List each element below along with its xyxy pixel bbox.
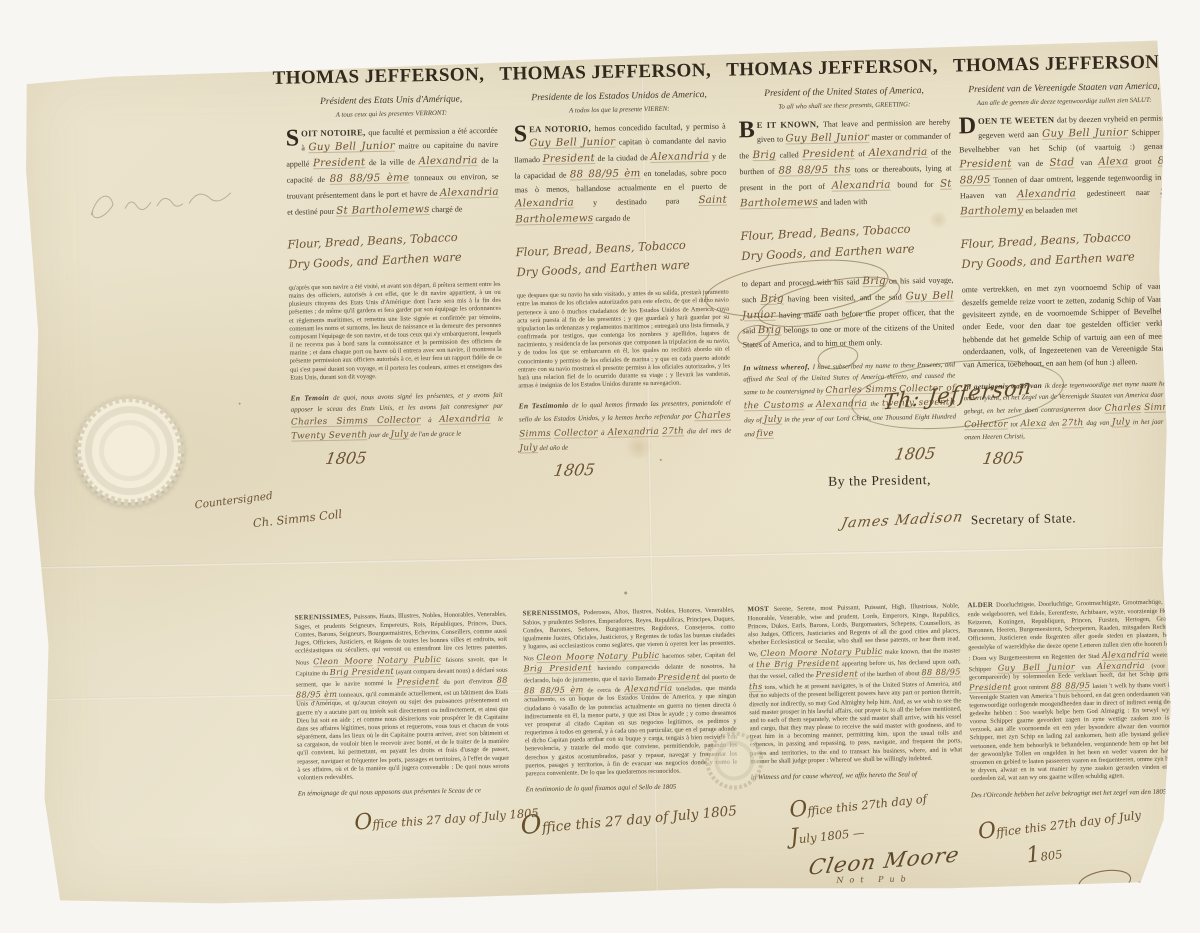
spiral-flourish-icon [1042, 861, 1163, 915]
fold-crease [28, 545, 1174, 569]
column-subtitle: Presidente de los Estados Unidos de Amer… [513, 90, 725, 104]
masthead-title-dutch: THOMAS JEFFERSON, [953, 52, 1165, 78]
printed-text: cargado de [593, 214, 630, 224]
manuscript-fill: Guy Bell Junior [785, 131, 869, 145]
printed-text: van [1074, 157, 1098, 166]
manuscript-fill: Cleon Moore Notary Public [760, 645, 882, 657]
manuscript-fill: Alexandria [440, 186, 499, 199]
manuscript-fill: President [543, 152, 596, 165]
witness-clause: En Testimonio de lo qual hemos firmado l… [519, 397, 732, 455]
opening-paragraph: DOEN TE WEETEN dat by deezen vryheid en … [958, 111, 1172, 220]
manuscript-fill: Alexandria [608, 426, 659, 437]
printed-text: MOST [747, 606, 773, 613]
testimony-clause: In Witness and for cause whereof, we aff… [751, 770, 963, 781]
manuscript-fill: July [764, 415, 782, 425]
us-embossed-seal-icon [70, 392, 188, 510]
printed-text: van [1075, 664, 1097, 671]
witness-clause: En Temoin de quoi, nous avons signé les … [290, 389, 503, 444]
printed-text: OIT NOTOIRE, [301, 127, 368, 138]
manuscript-fill: St Bartholemews [336, 203, 430, 217]
ink-speck [624, 592, 627, 595]
manuscript-fill: President [658, 671, 701, 682]
photograph-background: THOMAS JEFFERSON, THOMAS JEFFERSON, THOM… [0, 0, 1200, 933]
manuscript-fill: Alexandria [1017, 188, 1076, 201]
drop-cap: S [286, 128, 300, 148]
drop-cap: B [739, 120, 755, 140]
manuscript-fill: Alexandria [1102, 649, 1150, 660]
manuscript-fill: Charles Simms Collector [291, 415, 421, 427]
printed-text: tonneaux, qu'il commande actuellement, e… [296, 689, 509, 782]
printed-text: En Testimonio [519, 401, 572, 411]
printed-text: chargé de [430, 204, 463, 214]
manuscript-fill: Notary Public [597, 650, 659, 661]
conditions-paragraph: omte vertrekken, en met zyn voornoemd Sc… [962, 281, 1176, 372]
manuscript-fill: July [519, 443, 537, 453]
testimony-clause: En témoignage de qui nous apposons aux p… [298, 787, 510, 798]
printed-text: gedestineert naar [1076, 188, 1160, 199]
manuscript-fill: Alexandria [624, 683, 672, 694]
ink-speck [446, 61, 449, 64]
address-paragraph: MOST Serene, Serene, most Puissant, Puis… [747, 602, 962, 766]
manuscript-fill: 27th [662, 426, 684, 436]
collector-countersignature: Ch. Simms Coll [252, 507, 343, 530]
column-subtitle: President van de Vereenigde Staaten van … [958, 81, 1170, 95]
printed-text: at [804, 402, 816, 409]
printed-text: ALDER [967, 602, 996, 610]
manuscript-fill: Guy Bell Junior [1042, 127, 1128, 141]
printed-text: de cerca de [584, 687, 625, 695]
manuscript-fill: Cleon Moore [313, 655, 373, 666]
manuscript-fill: President [397, 676, 440, 687]
printed-text: tot [1008, 421, 1021, 428]
notary-embossed-seal-icon [703, 729, 766, 792]
printed-text: del puerto de [700, 673, 736, 681]
manuscript-fill: Guy Bell Junior [308, 140, 395, 154]
printed-text: dag van [1084, 420, 1112, 428]
ink-speck [239, 403, 241, 405]
printed-text: de la ville de [365, 158, 418, 168]
printed-text: EA NOTORIO, [529, 123, 595, 134]
column-subtitle: President of the United States of Americ… [738, 86, 950, 100]
manuscript-fill: Alexandria [1097, 660, 1145, 671]
printed-text: à [421, 417, 440, 424]
drop-cap: D [959, 116, 977, 136]
manuscript-fill: Alexandria [439, 414, 490, 425]
manuscript-fill: Brig President [523, 662, 591, 673]
printed-text: de l'an de grace le [409, 431, 462, 439]
column-french-bottom: SERENISSIMES, Puissans, Hauts, Illustres… [294, 598, 510, 833]
printed-text: jour de [367, 432, 390, 439]
manuscript-fill: 27th [1062, 418, 1084, 428]
printed-text: tons, which he at present navigates, is … [749, 681, 962, 766]
printed-text: hemos concedido facultad, y permiso à [595, 122, 726, 133]
ship-papers-document: THOMAS JEFFERSON, THOMAS JEFFERSON, THOM… [18, 40, 1179, 909]
manuscript-fill: Twenty Seventh [291, 430, 367, 441]
printed-text: of [855, 149, 869, 158]
column-salutation: To all who shall see these presents, GRE… [738, 101, 950, 112]
printed-text: SERENISSIMOS, [522, 609, 583, 617]
manuscript-fill: five [756, 429, 774, 439]
opening-paragraph: BE IT KNOWN, That leave and permission a… [739, 115, 953, 212]
manuscript-fill: Charles [1105, 403, 1142, 414]
manuscript-fill: July [1112, 417, 1130, 427]
cargo-manuscript: Flour, Bread, Beans, Tobacco Dry Goods, … [287, 226, 501, 274]
madison-signature: James Madison [840, 509, 965, 532]
printed-text: called [776, 150, 802, 159]
manuscript-fill: Guy Bell Junior [998, 661, 1075, 672]
printed-text: groot [1128, 156, 1157, 166]
printed-text: SERENISSIMES, [295, 614, 354, 622]
manuscript-fill: President [313, 156, 366, 169]
printed-text: groot omtrent [1011, 684, 1051, 692]
manuscript-year: 1805 [981, 446, 1178, 469]
manuscript-fill: Cleon Moore [536, 651, 594, 662]
masthead-title-spanish: THOMAS JEFFERSON, [499, 60, 711, 86]
pen-flourish-icon [686, 243, 958, 378]
printed-text: of the burthen of about [858, 670, 921, 678]
printed-text: En Temoin [290, 393, 333, 403]
manuscript-year: 1805 [552, 457, 733, 479]
pencil-inscription-icon [81, 178, 252, 229]
manuscript-fill: Alexa [1098, 155, 1128, 168]
manuscript-fill: the Brig President [756, 657, 839, 669]
manuscript-fill: Brig [752, 149, 776, 161]
printed-text: OEN TE WEETEN [978, 115, 1057, 126]
address-paragraph: ALDER Doorluchtigste, Doorluchtige, Groo… [967, 598, 1182, 783]
printed-text: le [490, 416, 503, 423]
manuscript-fill: President [959, 157, 1012, 170]
printed-text: lasten 't welk hy thans voert in de Vere… [969, 682, 1182, 783]
printed-text: E IT KNOWN, [757, 119, 823, 130]
printed-text: day of [744, 417, 764, 424]
printed-text: y destinado para [574, 196, 699, 207]
document-content: THOMAS JEFFERSON, THOMAS JEFFERSON, THOM… [18, 40, 1179, 909]
manuscript-fill: President [816, 668, 859, 679]
masthead-title-english: THOMAS JEFFERSON, [726, 56, 938, 82]
by-the-president-line: By the President, [828, 472, 931, 490]
column-salutation: A tous ceux qui les presentes VERRONT: [285, 109, 497, 120]
printed-text: den [1047, 421, 1062, 428]
manuscript-fill: 88 88/95 ème [330, 172, 410, 185]
manuscript-fill: President [802, 148, 855, 161]
countersigned-note: Countersigned [194, 490, 273, 512]
address-paragraph: SERENISSIMES, Puissans, Hauts, Illustres… [295, 611, 510, 783]
office-date-note: Office this 27 day of July 1805 [519, 792, 739, 841]
manuscript-year: 1805 [893, 444, 958, 464]
manuscript-fill: Collector [554, 428, 598, 439]
printed-text: du port d'environ [439, 678, 497, 686]
secretary-of-state-line: Secretary of State. [971, 510, 1076, 528]
opening-paragraph: SEA NOTORIO, hemos concedido facultad, y… [514, 120, 728, 229]
manuscript-fill: 88 88/95 [1051, 680, 1091, 691]
manuscript-fill: Alexandria [515, 197, 574, 210]
column-subtitle: Président des Etats Unis d'Amérique, [285, 94, 497, 108]
printed-text: bound for [891, 180, 940, 190]
manuscript-year: 1805 [324, 446, 505, 468]
printed-text: del año de [538, 444, 569, 452]
printed-text: dia del mes de [684, 427, 731, 435]
manuscript-fill: July [390, 430, 408, 440]
printed-text: hacemos saber, Capitan del [659, 651, 735, 659]
office-date-note: Office this 27 day of July 1805 [354, 800, 511, 836]
manuscript-fill: Guy Bell Junior [529, 136, 615, 150]
manuscript-fill: Stad [1049, 156, 1074, 168]
manuscript-fill: Alexandria [419, 154, 478, 167]
conditions-paragraph: qu'après que son navire a été visité, et… [288, 281, 502, 383]
manuscript-fill: Alexandria [650, 150, 709, 163]
manuscript-fill: 88 88/95 èm [570, 167, 641, 180]
drop-cap: S [514, 124, 528, 144]
manuscript-fill: Alexa [1020, 419, 1046, 429]
masthead-title-french: THOMAS JEFFERSON, [273, 64, 485, 90]
printed-text: de la ciudad de [595, 153, 651, 163]
opening-paragraph: SOIT NOTOIRE, que faculté et permission … [286, 124, 500, 221]
column-dutch-bottom: ALDER Doorluchtigste, Doorluchtige, Groo… [967, 585, 1185, 921]
printed-text: van de [1012, 158, 1050, 168]
manuscript-fill: 88 88/95 ths [778, 163, 851, 176]
printed-text: en belaaden met [1023, 205, 1077, 215]
column-french-top: Président des Etats Unis d'Amérique, A t… [285, 94, 504, 469]
printed-text: et destiné pour [287, 207, 336, 217]
column-spanish-bottom: SERENISSIMOS, Poderosos, Altos, Ilustres… [522, 594, 738, 834]
manuscript-fill: Alexandria [832, 179, 891, 192]
manuscript-fill: Notary Public [377, 654, 441, 665]
manuscript-fill: President [969, 682, 1012, 693]
printed-text: and laden with [818, 197, 867, 207]
manuscript-fill: Alexandria [868, 146, 927, 159]
manuscript-fill: Brig President [330, 666, 395, 677]
column-salutation: A todos los que la presente VIEREN: [513, 105, 725, 116]
column-english-bottom: MOST Serene, Serene, most Puissant, Puis… [747, 589, 964, 886]
cargo-manuscript: Flour, Bread, Beans, Tobacco Dry Goods, … [960, 226, 1174, 274]
manuscript-fill: 88 88/95 èm [524, 684, 584, 695]
testimony-clause: Des t'Oirconde hebben het zelve bekragti… [971, 788, 1183, 799]
column-salutation: Aan alle de geenen die deeze tegenwoordi… [958, 96, 1170, 107]
